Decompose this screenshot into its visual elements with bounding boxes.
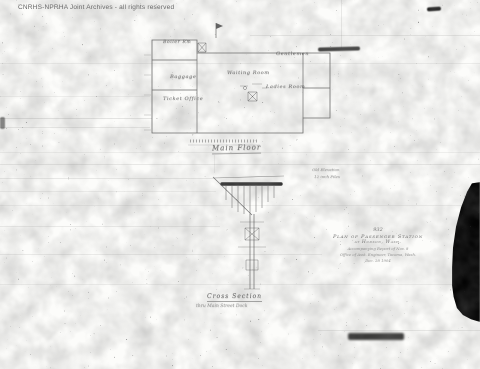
floor-plan-linework <box>0 0 480 369</box>
room-label-baggage: Baggage <box>170 74 196 80</box>
drawing-number: 932 <box>320 227 436 233</box>
title-block: 932 Plan of Passenger Station at Hudson,… <box>320 227 436 263</box>
ink-scribble-bottom <box>348 333 404 340</box>
section-note-line2: 12 inch Piles <box>314 174 340 179</box>
room-label-boiler: Boiler Rm <box>163 40 191 45</box>
cross-section-linework <box>213 176 284 289</box>
title-line-5: Dec. 28 1904 <box>320 258 436 263</box>
scanned-drawing-page: CNRHS-NPRHA Joint Archives - all rights … <box>0 0 480 369</box>
room-label-gentlemen: Gentlemen <box>276 51 309 57</box>
section-subcaption: thru Main Street Dock <box>196 304 247 309</box>
edge-mark-left <box>0 117 5 129</box>
room-label-waiting-room: Waiting Room <box>227 70 270 76</box>
section-note-line1: Old Elevation <box>312 167 339 172</box>
title-line-2: at Hudson, Wash. <box>320 240 436 245</box>
title-line-4: Office of Asst. Engineer, Tacoma, Wash. <box>320 252 436 257</box>
section-caption: Cross Section <box>207 293 262 302</box>
room-label-ladies: Ladies Room <box>266 84 305 90</box>
plan-caption: Main Floor <box>212 144 261 155</box>
room-label-ticket-office: Ticket Office <box>163 96 203 102</box>
title-line-3: Accompanying Report of Nov. 8 <box>320 246 436 251</box>
